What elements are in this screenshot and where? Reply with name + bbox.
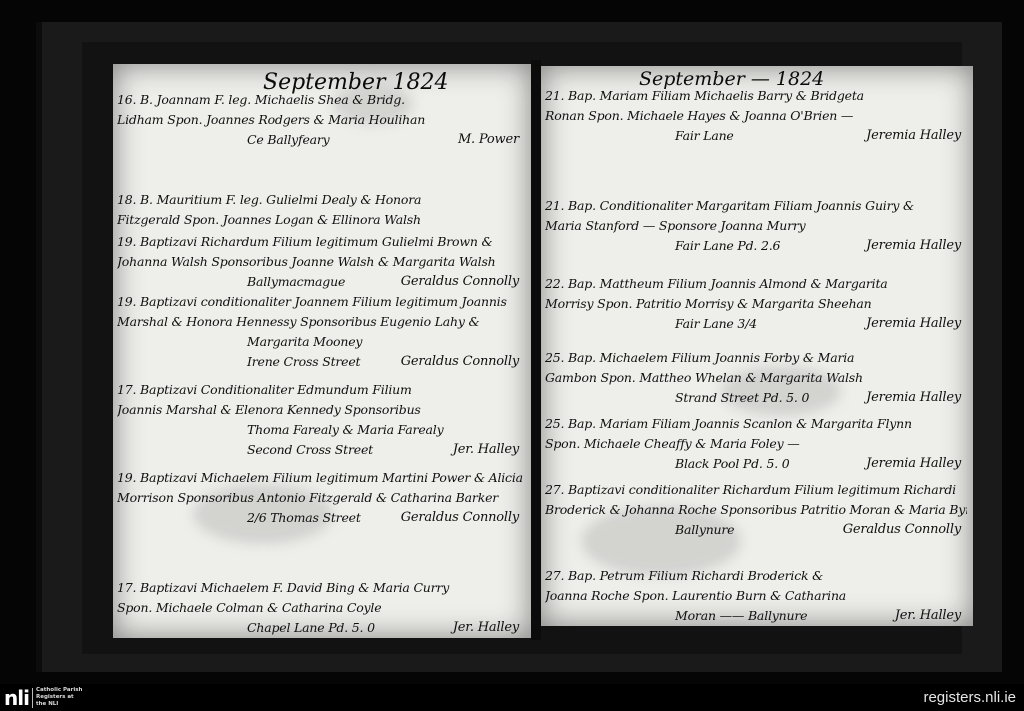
entry-line: Joannis Marshal & Elenora Kennedy Sponso… [117, 400, 525, 420]
left-page: September 1824 16. B. Joannam F. leg. Mi… [113, 64, 531, 638]
entry-line: Spon. Michaele Cheaffy & Maria Foley — [545, 434, 967, 454]
entry-line: 25. Bap. Mariam Filiam Joannis Scanlon &… [545, 414, 967, 434]
register-entry: 21. Bap. Conditionaliter Margaritam Fili… [545, 196, 967, 256]
entry-line: 19. Baptizavi Richardum Filium legitimum… [117, 232, 525, 252]
page-gutter [531, 60, 541, 640]
entry-line: 25. Bap. Michaelem Filium Joannis Forby … [545, 348, 967, 368]
logo-caption: Catholic Parish Registers at the NLI [36, 687, 82, 708]
register-entry: 19. Baptizavi Michaelem Filium legitimum… [117, 468, 525, 528]
register-entry: 25. Bap. Michaelem Filium Joannis Forby … [545, 348, 967, 408]
entry-signature: Jer. Halley [453, 440, 519, 460]
nli-logo[interactable]: nli [4, 687, 29, 709]
register-entry: 19. Baptizavi Richardum Filium legitimum… [117, 232, 525, 292]
entry-line: Marshal & Honora Hennessy Sponsoribus Eu… [117, 312, 525, 332]
register-entry: 18. B. Mauritium F. leg. Gulielmi Dealy … [117, 190, 525, 230]
entry-line: 27. Bap. Petrum Filium Richardi Broderic… [545, 566, 967, 586]
entry-line: Maria Stanford — Sponsore Joanna Murry [545, 216, 967, 236]
entry-signature: Geraldus Connolly [401, 272, 519, 292]
entry-line: 16. B. Joannam F. leg. Michaelis Shea & … [117, 90, 525, 110]
entry-signature: Jer. Halley [453, 618, 519, 638]
register-entry: 27. Baptizavi conditionaliter Richardum … [545, 480, 967, 540]
entry-line: Morrisy Spon. Patritio Morrisy & Margari… [545, 294, 967, 314]
entry-signature: Jeremia Halley [866, 236, 961, 256]
entry-line: Lidham Spon. Joannes Rodgers & Maria Hou… [117, 110, 525, 130]
entry-line: 18. B. Mauritium F. leg. Gulielmi Dealy … [117, 190, 525, 210]
entry-line: Gambon Spon. Mattheo Whelan & Margarita … [545, 368, 967, 388]
register-entry: 17. Baptizavi Conditionaliter Edmundum F… [117, 380, 525, 460]
register-entry: 27. Bap. Petrum Filium Richardi Broderic… [545, 566, 967, 626]
entry-line: Morrison Sponsoribus Antonio Fitzgerald … [117, 488, 525, 508]
entry-signature: Jeremia Halley [866, 314, 961, 334]
entry-signature: Geraldus Connolly [401, 352, 519, 372]
entry-signature: Geraldus Connolly [401, 508, 519, 528]
right-page: September — 1824 21. Bap. Mariam Filiam … [541, 66, 973, 626]
register-entry: 22. Bap. Mattheum Filium Joannis Almond … [545, 274, 967, 334]
entry-line: Joanna Roche Spon. Laurentio Burn & Cath… [545, 586, 967, 606]
entry-line: Ronan Spon. Michaele Hayes & Joanna O'Br… [545, 106, 967, 126]
image-viewer[interactable]: September 1824 16. B. Joannam F. leg. Mi… [0, 0, 1024, 684]
entry-line: 19. Baptizavi conditionaliter Joannem Fi… [117, 292, 525, 312]
entry-signature: M. Power [458, 130, 519, 150]
entry-line: 22. Bap. Mattheum Filium Joannis Almond … [545, 274, 967, 294]
entry-signature: Jer. Halley [895, 606, 961, 626]
entry-line: Fitzgerald Spon. Joannes Logan & Ellinor… [117, 210, 525, 230]
entry-line: 17. Baptizavi Michaelem F. David Bing & … [117, 578, 525, 598]
entry-signature: Geraldus Connolly [843, 520, 961, 540]
logo-divider [32, 688, 33, 708]
entry-line: Margarita Mooney [117, 332, 525, 352]
entry-line: Spon. Michaele Colman & Catharina Coyle [117, 598, 525, 618]
entry-line: 19. Baptizavi Michaelem Filium legitimum… [117, 468, 525, 488]
entry-line: 21. Bap. Conditionaliter Margaritam Fili… [545, 196, 967, 216]
entry-line: 27. Baptizavi conditionaliter Richardum … [545, 480, 967, 500]
entry-line: Broderick & Johanna Roche Sponsoribus Pa… [545, 500, 967, 520]
register-entry: 16. B. Joannam F. leg. Michaelis Shea & … [117, 90, 525, 150]
entry-line: 21. Bap. Mariam Filiam Michaelis Barry &… [545, 86, 967, 106]
entry-signature: Jeremia Halley [866, 454, 961, 474]
entry-line: Johanna Walsh Sponsoribus Joanne Walsh &… [117, 252, 525, 272]
entry-line: 17. Baptizavi Conditionaliter Edmundum F… [117, 380, 525, 400]
site-link[interactable]: registers.nli.ie [923, 689, 1016, 706]
register-entry: 19. Baptizavi conditionaliter Joannem Fi… [117, 292, 525, 372]
register-entry: 25. Bap. Mariam Filiam Joannis Scanlon &… [545, 414, 967, 474]
entry-signature: Jeremia Halley [866, 388, 961, 408]
register-entry: 17. Baptizavi Michaelem F. David Bing & … [117, 578, 525, 638]
register-entry: 21. Bap. Mariam Filiam Michaelis Barry &… [545, 86, 967, 146]
entry-signature: Jeremia Halley [866, 126, 961, 146]
footer: nli Catholic Parish Registers at the NLI… [0, 684, 1024, 711]
entry-line: Thoma Farealy & Maria Farealy [117, 420, 525, 440]
